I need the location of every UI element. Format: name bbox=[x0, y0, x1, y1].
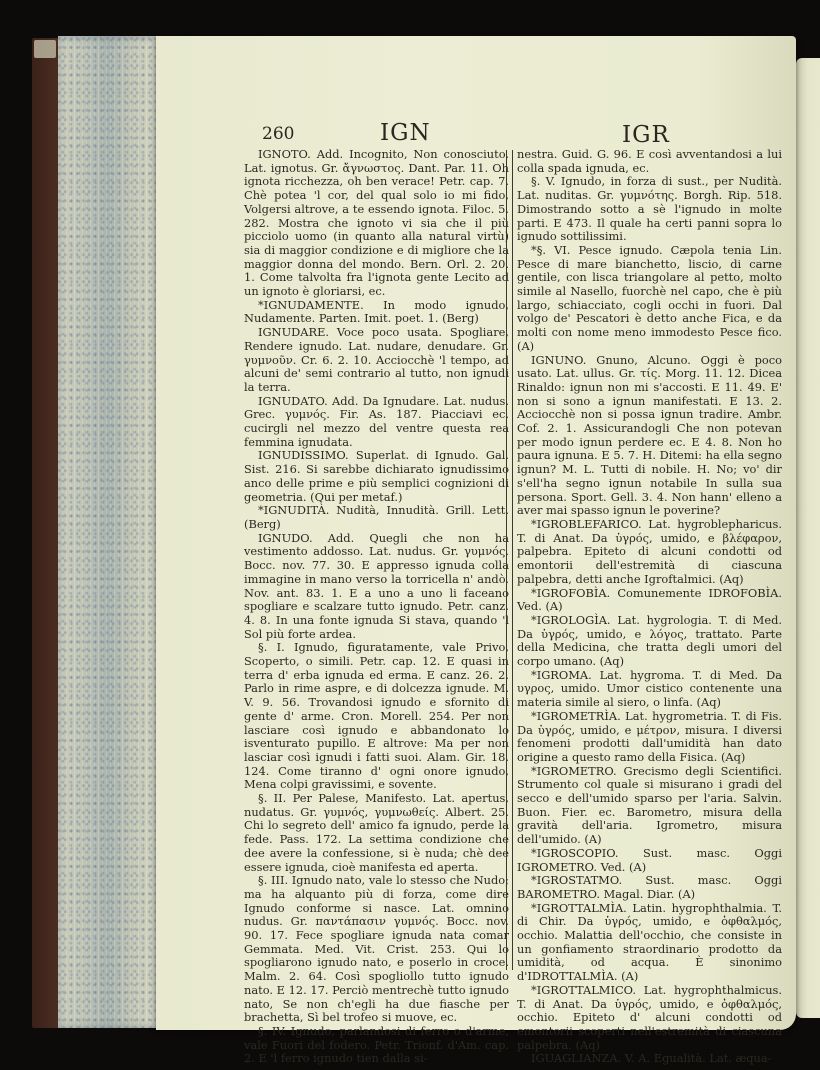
dictionary-entry: IGNUDATO. Add. Da Ignudare. Lat. nudus. … bbox=[244, 395, 509, 450]
dictionary-entry: *IGROLOGÌA. Lat. hygrologia. T. di Med. … bbox=[517, 614, 782, 669]
dictionary-entry: *IGROSCOPIO. Sust. masc. Oggi IGROMETRO.… bbox=[517, 847, 782, 874]
dictionary-entry: §. III. Ignudo nato, vale lo stesso che … bbox=[244, 874, 509, 1025]
dictionary-entry: IGNOTO. Add. Incognito, Non conosciuto. … bbox=[244, 148, 509, 299]
column-divider-double-rule bbox=[506, 150, 513, 970]
book-page: 260 IGN IGR IGNOTO. Add. Incognito, Non … bbox=[156, 36, 796, 1030]
page-edges-stack bbox=[58, 36, 158, 1028]
dictionary-entry-continued: nestra. Guid. G. 96. E così avventandosi… bbox=[517, 148, 782, 175]
dictionary-entry: *IGNUDAMENTE. In modo ignudo, Nudamente.… bbox=[244, 299, 509, 326]
dictionary-entry: *IGROSTATMO. Sust. masc. Oggi BAROMETRO.… bbox=[517, 874, 782, 901]
right-column: nestra. Guid. G. 96. E così avventandosi… bbox=[517, 148, 782, 1066]
dictionary-entry: IGUAGLIANZA. V. A. Egualità. Lat. æqua- bbox=[517, 1052, 782, 1066]
cover-corner-wear bbox=[34, 40, 56, 58]
dictionary-entry: IGNUDO. Add. Quegli che non ha vestiment… bbox=[244, 532, 509, 642]
dictionary-entry: *IGNUDITÀ. Nudità, Innudità. Grill. Lett… bbox=[244, 504, 509, 531]
dictionary-entry: §. II. Per Palese, Manifesto. Lat. apert… bbox=[244, 792, 509, 874]
left-column: IGNOTO. Add. Incognito, Non conosciuto. … bbox=[244, 148, 509, 1066]
guide-word-left: IGN bbox=[380, 120, 431, 146]
dictionary-entry: §. IV. Ignudo, parlandosi di ferro o d'a… bbox=[244, 1025, 509, 1066]
dictionary-entry: §. V. Ignudo, in forza di sust., per Nud… bbox=[517, 175, 782, 244]
facing-page-edge bbox=[796, 58, 820, 1018]
dictionary-entry: IGNUNO. Gnuno, Alcuno. Oggi è poco usato… bbox=[517, 354, 782, 518]
dictionary-entry: *IGROMA. Lat. hygroma. T. di Med. Da υγρ… bbox=[517, 669, 782, 710]
dictionary-entry: *IGROFOBÌA. Comunemente IDROFOBÌA. Ved. … bbox=[517, 587, 782, 614]
dictionary-entry: IGNUDARE. Voce poco usata. Spogliare, Re… bbox=[244, 326, 509, 395]
dictionary-entry: *IGROMETRÌA. Lat. hygrometria. T. di Fis… bbox=[517, 710, 782, 765]
page-number: 260 bbox=[262, 124, 294, 144]
dictionary-entry: §. I. Ignudo, figuratamente, vale Privo,… bbox=[244, 641, 509, 792]
dictionary-entry: *IGROTTALMICO. Lat. hygrophthalmicus. T.… bbox=[517, 984, 782, 1053]
guide-word-right: IGR bbox=[622, 122, 670, 148]
dictionary-entry: *IGROBLEFARICO. Lat. hygroblepharicus. T… bbox=[517, 518, 782, 587]
dictionary-entry: *IGROTTALMÌA. Latin. hygrophthalmia. T. … bbox=[517, 902, 782, 984]
dictionary-entry: IGNUDISSIMO. Superlat. di Ignudo. Gal. S… bbox=[244, 449, 509, 504]
dictionary-entry: *§. VI. Pesce ignudo. Cæpola tenia Lin. … bbox=[517, 244, 782, 354]
dictionary-entry: *IGROMETRO. Grecismo degli Scientifici. … bbox=[517, 765, 782, 847]
